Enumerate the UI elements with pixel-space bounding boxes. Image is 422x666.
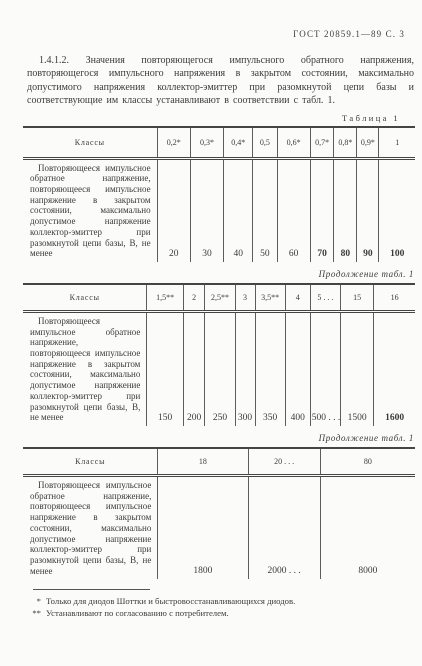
footnote-line: ** Устанавливают по согласованию с потре… [28,607,394,619]
voltage-value-cell: 150 [147,311,183,426]
class-header-cell: 0,8* [334,127,357,159]
parameter-row-label: Повторяющееся импульсное обратное напряж… [23,158,157,262]
voltage-value-cell: 1500 [340,311,373,426]
classes-header-label: Классы [23,448,158,476]
class-header-cell: 16 [374,284,415,312]
voltage-value-cell: 1800 [158,475,248,579]
voltage-value-cell: 100 [379,158,415,262]
class-header-cell: 0,6* [277,127,310,159]
class-header-cell: 3,5** [255,284,285,312]
class-header-cell: 15 [340,284,373,312]
voltage-value-cell: 200 [183,311,205,426]
clause-paragraph: 1.4.1.2. Значения повторяющегося импульс… [27,54,414,108]
footnote-separator [33,589,150,590]
voltage-value-cell: 60 [277,158,310,262]
classes-header-label: Классы [23,127,157,159]
classes-table: Классы1,5**22,5**33,5**45 . . .1516Повто… [23,283,415,426]
class-header-cell: 1 [379,127,415,159]
class-header-cell: 0,3* [190,127,223,159]
footnote-line: * Только для диодов Шоттки и быстровосст… [28,595,394,607]
class-header-cell: 0,7* [310,127,334,159]
voltage-value-cell: 40 [224,158,253,262]
footnote-marker: * [28,595,41,607]
document-page: ГОСТ 20859.1—89 С. 3 1.4.1.2. Значения п… [0,0,422,666]
table-caption: Таблица 1 [0,113,400,123]
voltage-value-cell: 50 [253,158,277,262]
voltage-value-cell: 250 [205,311,235,426]
classes-table-2: Классы1,5**22,5**33,5**45 . . .1516Повто… [23,283,415,426]
voltage-value-cell: 30 [190,158,223,262]
classes-table-1: Классы0,2*0,3*0,4*0,50,6*0,7*0,8*0,9*1По… [23,126,415,262]
voltage-value-cell: 500 . . . [310,311,340,426]
voltage-value-cell: 400 [285,311,310,426]
class-header-cell: 0,5 [253,127,277,159]
class-header-cell: 0,4* [224,127,253,159]
voltage-value-cell: 90 [357,158,379,262]
continuation-caption-1: Продолжение табл. 1 [0,269,414,279]
class-header-cell: 2,5** [205,284,235,312]
class-header-cell: 80 [320,448,415,476]
footnote-marker: ** [28,607,41,619]
voltage-value-cell: 2000 . . . [248,475,320,579]
class-header-cell: 3 [235,284,255,312]
footnote-text: Только для диодов Шоттки и быстровосстан… [46,595,394,607]
classes-table: Классы1820 . . .80Повторяющееся импульсн… [23,447,415,579]
class-header-cell: 0,2* [157,127,190,159]
gost-page-header: ГОСТ 20859.1—89 С. 3 [0,0,422,39]
class-header-cell: 1,5** [147,284,183,312]
parameter-row-label: Повторяющееся импульсное обратное напряж… [23,475,158,579]
classes-table: Классы0,2*0,3*0,4*0,50,6*0,7*0,8*0,9*1По… [23,126,415,262]
voltage-value-cell: 8000 [320,475,415,579]
voltage-value-cell: 20 [157,158,190,262]
voltage-value-cell: 350 [255,311,285,426]
voltage-value-cell: 1600 [374,311,415,426]
class-header-cell: 5 . . . [310,284,340,312]
classes-table-3: Классы1820 . . .80Повторяющееся импульсн… [23,447,415,579]
classes-header-label: Классы [23,284,147,312]
footnote-text: Устанавливают по согласованию с потребит… [46,607,394,619]
parameter-row-label: Повторяющееся импульсное обратное напряж… [23,311,147,426]
class-header-cell: 18 [158,448,248,476]
continuation-caption-2: Продолжение табл. 1 [0,433,414,443]
voltage-value-cell: 300 [235,311,255,426]
footnotes: * Только для диодов Шоттки и быстровосст… [28,595,394,619]
class-header-cell: 20 . . . [248,448,320,476]
class-header-cell: 0,9* [357,127,379,159]
class-header-cell: 2 [183,284,205,312]
voltage-value-cell: 80 [334,158,357,262]
class-header-cell: 4 [285,284,310,312]
voltage-value-cell: 70 [310,158,334,262]
